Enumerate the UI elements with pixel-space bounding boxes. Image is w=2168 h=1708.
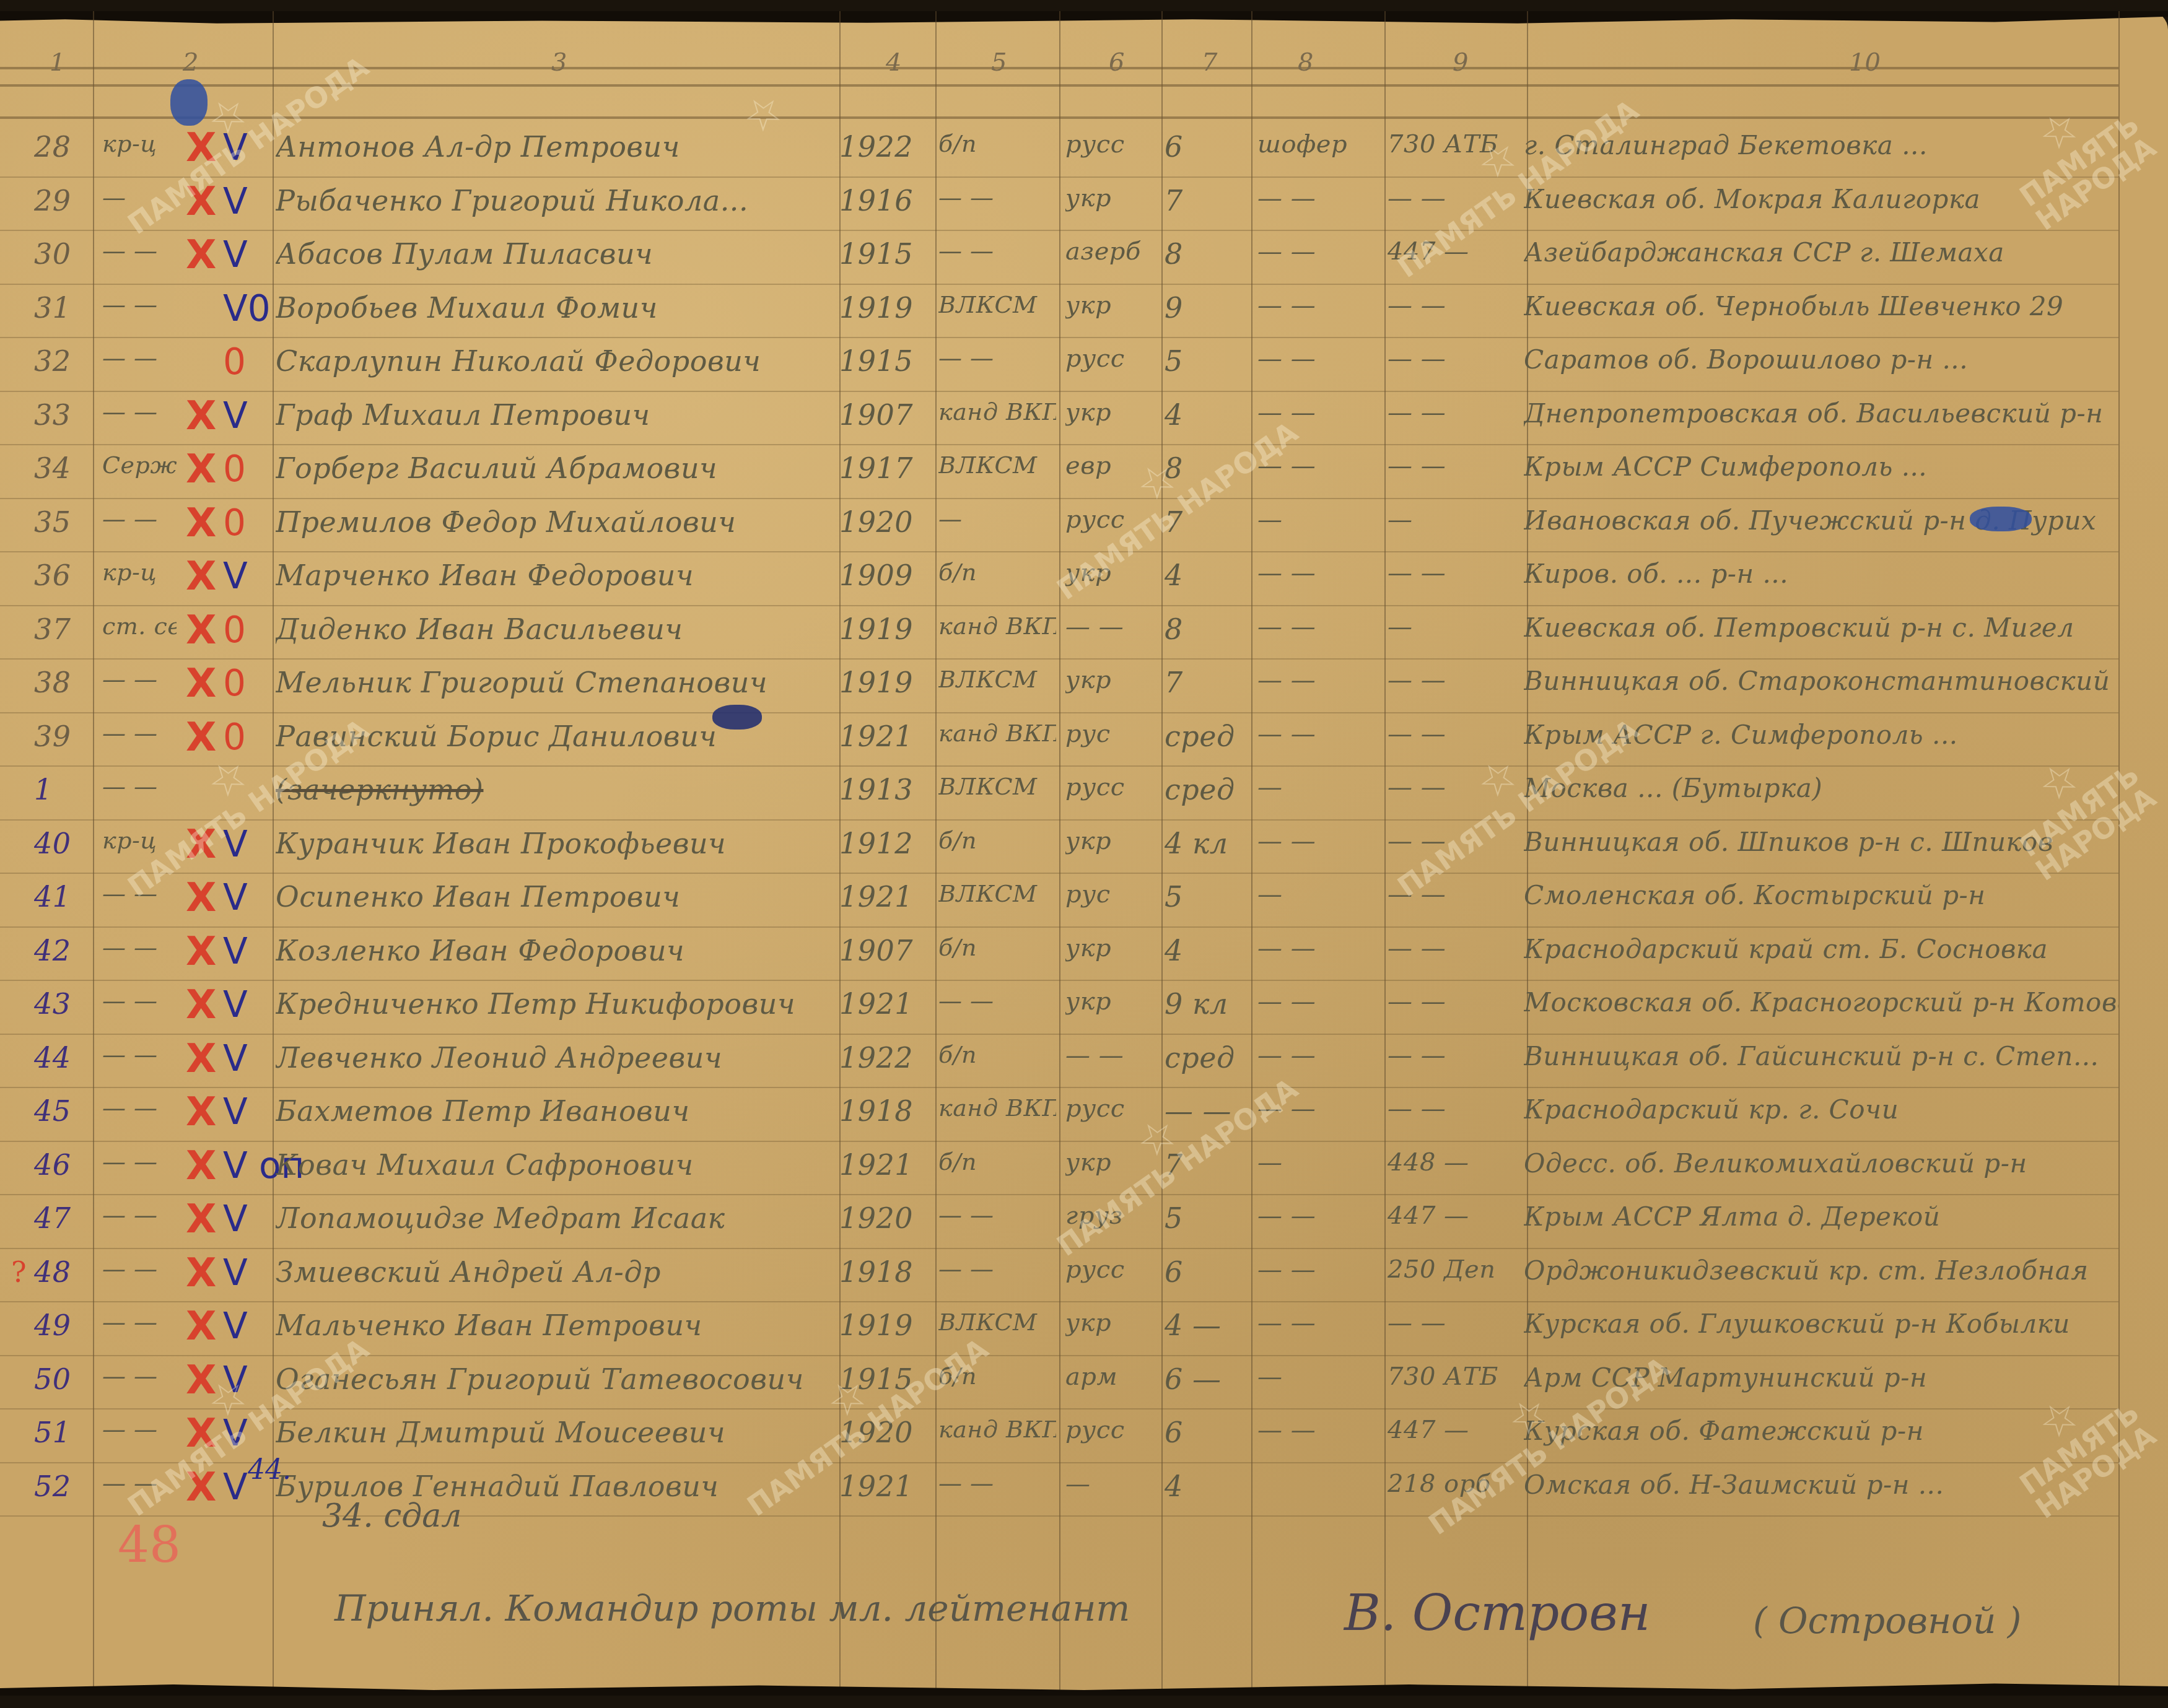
rank: ст. серж [102,612,177,640]
count-blue: 44. [248,1454,291,1486]
row-number: 47 [34,1201,96,1235]
education: сред [1165,720,1245,753]
commander-name: ( Островной ) [1753,1600,2021,1642]
unit: — — [1388,559,1530,587]
table-row: 36кр-цXVМарченко Иван Федорович1909б/пук… [0,551,2118,604]
nationality: русс [1065,505,1158,534]
full-name: (зачеркнуто) [276,773,833,806]
party-status: ВЛКСМ [938,1309,1056,1336]
specialty: — — [1257,559,1381,587]
rank: — — [102,880,177,907]
home-address: Киевская об. Петровский р-н с. Мигел [1524,612,2118,643]
full-name: Диденко Иван Васильевич [276,612,833,646]
specialty: — [1257,1148,1381,1177]
check-mark: V [223,126,248,168]
birth-year: 1919 [839,1309,932,1342]
birth-year: 1921 [839,720,932,753]
table-row: 41— —XVОсипенко Иван Петрович1921ВЛКСМру… [0,873,2118,926]
red-cross-mark: X [186,554,216,599]
specialty: — — [1257,1094,1381,1123]
nationality: укр [1065,291,1158,320]
nationality: укр [1065,934,1158,962]
nationality: укр [1065,398,1158,427]
rank: — — [102,1094,177,1122]
specialty: — [1257,1362,1381,1391]
rank: — — [102,1309,177,1336]
rank: — — [102,1255,177,1283]
nationality: укр [1065,666,1158,694]
party-status: б/п [938,1148,1056,1175]
home-address: Курская об. Фатежский р-н [1524,1416,2118,1446]
column-number: 9 [1453,48,1468,77]
full-name: Марченко Иван Федорович [276,559,833,592]
unit: — — [1388,1309,1530,1337]
table-row: 31— —V0Воробьев Михаил Фомич1919ВЛКСМукр… [0,284,2118,337]
specialty: — — [1257,666,1381,694]
rank: — — [102,398,177,425]
row-divider [0,1515,2118,1517]
table-row: 39— —X0Равинский Борис Данилович1921канд… [0,712,2118,765]
home-address: Киров. об. ... р-н ... [1524,559,2118,589]
red-cross-mark: X [186,1357,216,1403]
row-number: 50 [34,1362,96,1396]
home-address: Винницкая об. Гайсинский р-н с. Степ... [1524,1041,2118,1071]
unit: — — [1388,880,1530,908]
party-status: канд ВКП(б) [938,1094,1056,1122]
home-address: г. Сталинград Бекетовка ... [1524,130,2118,160]
nationality: — — [1065,612,1158,641]
check-mark: V [223,823,248,865]
table-row: 45— —XVБахметов Петр Иванович1918канд ВК… [0,1087,2118,1140]
birth-year: 1922 [839,130,932,163]
party-status: канд ВКП(б) [938,612,1056,640]
education: 4 — [1165,1309,1245,1342]
ink-blot [1970,507,2032,531]
column-number: 1 [50,48,65,77]
unit: — — [1388,827,1530,855]
full-name: Мальченко Иван Петрович [276,1309,833,1342]
unit: 448 — [1388,1148,1530,1177]
rank: — — [102,505,177,533]
check-mark: 0 [223,502,246,544]
check-mark: V [223,1305,248,1347]
unit: — — [1388,291,1530,320]
rank: — — [102,666,177,693]
rank: — — [102,1041,177,1068]
rank: — — [102,1148,177,1175]
row-number: 35 [34,505,96,539]
home-address: Крым АССР г. Симферополь ... [1524,720,2118,750]
column-number: 4 [886,48,901,77]
birth-year: 1919 [839,666,932,699]
red-cross-mark: X [186,125,216,171]
party-status: б/п [938,559,1056,586]
home-address: Омская об. Н-Заимский р-н ... [1524,1470,2118,1500]
unit: — — [1388,987,1530,1016]
nationality: груз [1065,1201,1158,1230]
party-status: б/п [938,1041,1056,1068]
unit: — — [1388,1094,1530,1123]
column-number: 6 [1109,48,1124,77]
row-number: 40 [34,827,96,860]
rank: — — [102,934,177,961]
check-mark: V [223,1252,248,1294]
full-name: Лопамоцидзе Медрат Исаак [276,1201,833,1235]
home-address: Винницкая об. Шпиков р-н с. Шпиков [1524,827,2118,857]
document-page: 1 2 3 4 5 6 7 8 9 10 28кр-цXVАнтонов Ал-… [0,11,2168,1696]
specialty: — — [1257,237,1381,266]
red-cross-mark: X [186,715,216,760]
unit: 730 АТБ [1388,1362,1530,1391]
specialty: — — [1257,720,1381,748]
count-red: 48 [118,1516,181,1574]
row-number: 39 [34,720,96,753]
unit: — — [1388,1041,1530,1070]
column-number: 7 [1202,48,1217,77]
check-mark: V [223,394,248,437]
table-row: 43— —XVКредниченко Петр Никифорович1921—… [0,980,2118,1033]
red-cross-mark: X [186,232,216,278]
full-name: Скарлупин Николай Федорович [276,344,833,378]
check-mark: 0 [223,341,246,383]
row-number: 29 [34,184,96,217]
birth-year: 1920 [839,505,932,539]
home-address: Крым АССР Симферополь ... [1524,451,2118,482]
birth-year: 1921 [839,880,932,913]
table-row: 29—XVРыбаченко Григорий Никола...1916— —… [0,176,2118,230]
table-row: 35— —X0Премилов Федор Михайлович1920—рус… [0,498,2118,551]
table-row: 32— —0Скарлупин Николай Федорович1915— —… [0,337,2118,390]
rank: — [102,184,177,211]
full-name: Левченко Леонид Андреевич [276,1041,833,1074]
birth-year: 1918 [839,1255,932,1289]
check-mark: V [223,930,248,972]
table-row: 1— —(зачеркнуто)1913ВЛКСМрусссред—— —Мос… [0,765,2118,819]
red-cross-mark: X [186,1036,216,1082]
party-status: канд ВКП(б) [938,398,1056,425]
red-cross-mark: X [186,875,216,921]
nationality: русс [1065,130,1158,159]
education: сред [1165,1041,1245,1074]
education: 8 [1165,451,1245,485]
nationality: — — [1065,1041,1158,1070]
question-flag: ? [11,1255,27,1289]
education: 4 [1165,398,1245,432]
education: 6 — [1165,1362,1245,1396]
home-address: Киевская об. Мокрая Калигорка [1524,184,2118,214]
education: 4 кл [1165,827,1245,860]
specialty: — — [1257,184,1381,212]
education: 7 [1165,666,1245,699]
specialty: шофер [1257,130,1381,159]
birth-year: 1919 [839,612,932,646]
party-status: — — [938,1470,1056,1497]
party-status: б/п [938,130,1056,157]
check-mark: V [223,233,248,276]
specialty: — — [1257,451,1381,480]
party-status: — — [938,1255,1056,1283]
table-row: 28кр-цXVАнтонов Ал-др Петрович1922б/прус… [0,123,2118,176]
birth-year: 1907 [839,398,932,432]
specialty: — [1257,773,1381,801]
birth-year: 1918 [839,1094,932,1128]
table-row: ?48— —XVЗмиевский Андрей Ал-др1918— —рус… [0,1248,2118,1301]
row-number: 43 [34,987,96,1021]
row-number: 52 [34,1470,96,1503]
nationality: русс [1065,344,1158,373]
specialty: — — [1257,827,1381,855]
red-cross-mark: X [186,929,216,975]
red-cross-mark: X [186,1304,216,1349]
party-status: — — [938,184,1056,211]
header-rule [0,84,2118,87]
red-cross-mark: X [186,1411,216,1457]
nationality: рус [1065,880,1158,908]
full-name: Кредниченко Петр Никифорович [276,987,833,1021]
rank: — — [102,291,177,318]
education: 8 [1165,612,1245,646]
education: 8 [1165,237,1245,271]
birth-year: 1915 [839,344,932,378]
row-number: 33 [34,398,96,432]
birth-year: 1909 [839,559,932,592]
table-row: 37ст. сержX0Диденко Иван Васильевич1919к… [0,605,2118,658]
torn-bottom-edge [0,1677,2168,1696]
column-number: 3 [551,48,567,77]
party-status: б/п [938,827,1056,854]
home-address: Москва ... (Бутырка) [1524,773,2118,803]
education: 4 [1165,934,1245,967]
birth-year: 1922 [839,1041,932,1074]
nationality: арм [1065,1362,1158,1391]
check-mark: V [223,1198,248,1240]
row-number: 44 [34,1041,96,1074]
torn-top-edge [0,11,2168,25]
birth-year: 1915 [839,237,932,271]
specialty: — — [1257,398,1381,427]
party-status: — [938,505,1056,533]
row-number: 42 [34,934,96,967]
check-mark: V [223,1037,248,1079]
specialty: — — [1257,1201,1381,1230]
party-status: ВЛКСМ [938,666,1056,693]
rank: — — [102,1416,177,1443]
rank: кр-ц [102,130,177,157]
rank: кр-ц [102,559,177,586]
specialty: — [1257,880,1381,908]
full-name: Горберг Василий Абрамович [276,451,833,485]
specialty: — — [1257,1309,1381,1337]
party-status: ВЛКСМ [938,291,1056,318]
birth-year: 1907 [839,934,932,967]
check-mark: 0 [223,448,246,490]
education: — — [1165,1094,1245,1128]
rank: — — [102,1470,177,1497]
check-mark: V [223,1359,248,1401]
party-status: — — [938,344,1056,372]
home-address: Винницкая об. Староконстантиновский р-н [1524,666,2118,696]
check-mark: V [223,876,248,918]
unit: — — [1388,451,1530,480]
education: 4 [1165,559,1245,592]
unit: 447 — [1388,1201,1530,1230]
check-mark: V0 [223,287,271,329]
specialty: — — [1257,934,1381,962]
red-cross-mark: X [186,822,216,868]
rank: — — [102,773,177,800]
specialty: — — [1257,612,1381,641]
nationality: русс [1065,1416,1158,1444]
column-number: 10 [1849,48,1881,77]
full-name: Куранчик Иван Прокофьевич [276,827,833,860]
specialty: — [1257,505,1381,534]
unit: — — [1388,666,1530,694]
unit: 447 — [1388,237,1530,266]
column-number: 8 [1298,48,1313,77]
nationality: укр [1065,827,1158,855]
unit: 730 АТБ [1388,130,1530,159]
home-address: Краснодарский кр. г. Сочи [1524,1094,2118,1125]
education: 6 [1165,1416,1245,1449]
row-number: 37 [34,612,96,646]
check-mark: V [223,555,248,597]
red-cross-mark: X [186,1196,216,1242]
ink-blot [712,705,762,730]
birth-year: 1919 [839,291,932,325]
education: 7 [1165,184,1245,217]
full-name: Белкин Дмитрий Моисеевич [276,1416,833,1449]
party-status: б/п [938,1362,1056,1390]
party-status: канд ВКП(б) [938,720,1056,747]
row-number: 45 [34,1094,96,1128]
row-number: 41 [34,880,96,913]
nationality: русс [1065,1255,1158,1284]
home-address: Курская об. Глушковский р-н Кобылки [1524,1309,2118,1339]
full-name: Граф Михаил Петрович [276,398,833,432]
unit: — — [1388,720,1530,748]
unit: — — [1388,184,1530,212]
party-status: — — [938,1201,1056,1229]
row-number: 38 [34,666,96,699]
specialty: — — [1257,987,1381,1016]
nationality: русс [1065,1094,1158,1123]
home-address: Крым АССР Ялта д. Дерекой [1524,1201,2118,1232]
full-name: Премилов Федор Михайлович [276,505,833,539]
table-row: 42— —XVКозленко Иван Федорович1907б/пукр… [0,926,2118,980]
home-address: Азейбарджанская ССР г. Шемаха [1524,237,2118,268]
birth-year: 1913 [839,773,932,806]
handed-over-note: 34. сдал [322,1497,461,1535]
full-name: Осипенко Иван Петрович [276,880,833,913]
education: 9 [1165,291,1245,325]
red-cross-mark: X [186,1089,216,1135]
check-mark: 0 [223,716,246,758]
red-cross-mark: X [186,179,216,225]
education: 7 [1165,505,1245,539]
row-number: 1 [34,773,96,806]
home-address: Краснодарский край ст. Б. Сосновка [1524,934,2118,964]
specialty: — — [1257,344,1381,373]
rank: — — [102,1201,177,1229]
education: 5 [1165,1201,1245,1235]
home-address: Киевская об. Чернобыль Шевченко 29 [1524,291,2118,321]
check-mark: 0 [223,609,246,651]
row-number: 48 [34,1255,96,1289]
full-name: Рыбаченко Григорий Никола... [276,184,833,217]
check-mark: V [223,1091,248,1133]
red-cross-mark: X [186,500,216,546]
rank: Серж [102,451,177,479]
nationality: рус [1065,720,1158,748]
unit: 447 — [1388,1416,1530,1444]
row-number: 31 [34,291,96,325]
home-address: Арм ССР Мартунинский р-н [1524,1362,2118,1393]
full-name: Воробьев Михаил Фомич [276,291,833,325]
home-address: Московская об. Красногорский р-н Котово [1524,987,2118,1017]
red-cross-mark: X [186,393,216,439]
home-address: Одесс. об. Великомихайловский р-н [1524,1148,2118,1179]
red-cross-mark: X [186,1465,216,1510]
birth-year: 1921 [839,987,932,1021]
nationality: евр [1065,451,1158,480]
table-row: 30— —XVАбасов Пулам Пиласвич1915— —азерб… [0,230,2118,283]
birth-year: 1920 [839,1416,932,1449]
column-divider [2118,11,2120,1696]
red-cross-mark: X [186,1250,216,1296]
birth-year: 1920 [839,1201,932,1235]
education: 9 кл [1165,987,1245,1021]
row-number: 28 [34,130,96,163]
nationality: — [1065,1470,1158,1498]
education: 5 [1165,344,1245,378]
education: 6 [1165,1255,1245,1289]
rank: кр-ц [102,827,177,854]
table-row: 46— —XV опКовач Михаил Сафронович1921б/п… [0,1141,2118,1194]
unit: — — [1388,934,1530,962]
unit: — — [1388,398,1530,427]
full-name: Мельник Григорий Степанович [276,666,833,699]
birth-year: 1916 [839,184,932,217]
nationality: укр [1065,987,1158,1016]
nationality: укр [1065,1148,1158,1177]
table-row: 40кр-цXVКуранчик Иван Прокофьевич1912б/п… [0,819,2118,873]
full-name: Антонов Ал-др Петрович [276,130,833,163]
nationality: русс [1065,773,1158,801]
party-status: — — [938,237,1056,264]
home-address: Днепропетровская об. Васильевский р-н [1524,398,2118,429]
rank: — — [102,344,177,372]
home-address: Орджоникидзевский кр. ст. Незлобная [1524,1255,2118,1286]
row-number: 46 [34,1148,96,1182]
row-number: 51 [34,1416,96,1449]
education: сред [1165,773,1245,806]
unit: — — [1388,773,1530,801]
nationality: укр [1065,1309,1158,1337]
check-mark: V [223,983,248,1026]
party-status: — — [938,987,1056,1014]
row-number: 36 [34,559,96,592]
nationality: укр [1065,184,1158,212]
row-number: 34 [34,451,96,485]
row-number: 49 [34,1309,96,1342]
table-row: 33— —XVГраф Михаил Петрович1907канд ВКП(… [0,391,2118,444]
table-row: 44— —XVЛевченко Леонид Андреевич1922б/п—… [0,1034,2118,1087]
birth-year: 1912 [839,827,932,860]
table-row: 38— —X0Мельник Григорий Степанович1919ВЛ… [0,658,2118,712]
rank: — — [102,987,177,1014]
unit: 250 Деп [1388,1255,1530,1284]
column-number: 5 [991,48,1007,77]
